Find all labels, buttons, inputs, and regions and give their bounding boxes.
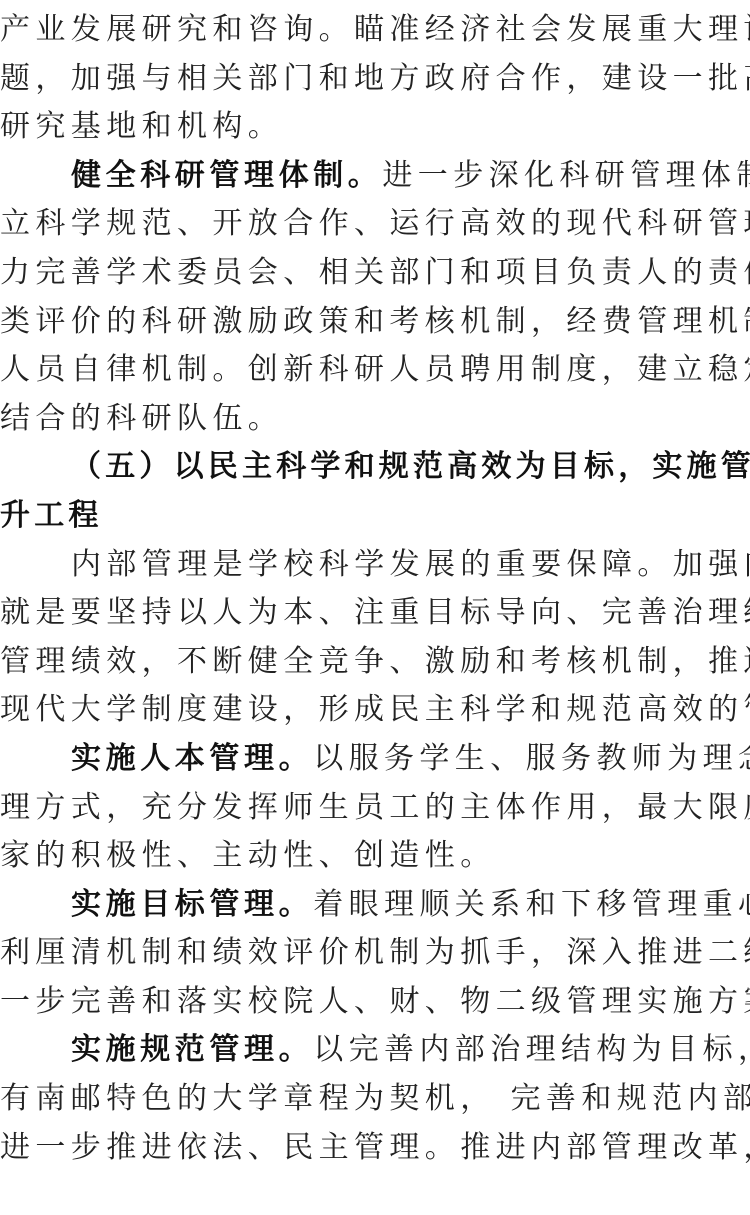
text-line: 立科学规范、开放合作、运行高效的现代科研管理机制。着 <box>0 200 750 249</box>
section-heading: （五）以民主科学和规范高效为目标，实施管理效益跃 升工程 <box>0 443 750 540</box>
document-page: 产业发展研究和咨询。瞄准经济社会发展重大理论和现实问 题，加强与相关部门和地方政… <box>0 6 750 1172</box>
paragraph-research-management: 健全科研管理体制。进一步深化科研管理体制改革，建 立科学规范、开放合作、运行高效… <box>0 152 750 444</box>
paragraph-lead-title: 实施人本管理。 <box>71 741 313 776</box>
text-line: 家的积极性、主动性、创造性。 <box>0 832 750 881</box>
text-line: 现代大学制度建设，形成民主科学和规范高效的管理机制。 <box>0 686 750 735</box>
text-line: 人员自律机制。创新科研人员聘用制度，建立稳定与流动相 <box>0 346 750 395</box>
text-line: 产业发展研究和咨询。瞄准经济社会发展重大理论和现实问 <box>0 6 750 55</box>
paragraph-people-oriented-management: 实施人本管理。以服务学生、服务教师为理念，改进管 理方式，充分发挥师生员工的主体… <box>0 735 750 881</box>
paragraph-lead-title: 实施规范管理。 <box>71 1032 313 1067</box>
heading-line: （五）以民主科学和规范高效为目标，实施管理效益跃 <box>0 443 750 492</box>
paragraph-lead-title: 实施目标管理。 <box>71 887 313 922</box>
paragraph-internal-management: 内部管理是学校科学发展的重要保障。加强内部管理， 就是要坚持以人为本、注重目标导… <box>0 541 750 735</box>
text-line: 进一步推进依法、民主管理。推进内部管理改革，选择部分 <box>0 1124 750 1173</box>
text-line: 健全科研管理体制。进一步深化科研管理体制改革，建 <box>0 152 750 201</box>
text-line: 结合的科研队伍。 <box>0 395 750 444</box>
text-line: 管理绩效，不断健全竞争、激励和考核机制，推进中国特色 <box>0 638 750 687</box>
paragraph-consulting-research: 产业发展研究和咨询。瞄准经济社会发展重大理论和现实问 题，加强与相关部门和地方政… <box>0 6 750 152</box>
text-line: 就是要坚持以人为本、注重目标导向、完善治理结构、提升 <box>0 589 750 638</box>
paragraph-objective-management: 实施目标管理。着眼理顺关系和下移管理重心，以责权 利厘清机制和绩效评价机制为抓手… <box>0 881 750 1027</box>
paragraph-lead-title: 健全科研管理体制。 <box>71 158 382 193</box>
paragraph-lead-rest: 以完善内部治理结构为目标，以制定具 <box>313 1032 750 1067</box>
paragraph-lead-rest: 着眼理顺关系和下移管理重心，以责权 <box>313 887 750 922</box>
text-line: 实施人本管理。以服务学生、服务教师为理念，改进管 <box>0 735 750 784</box>
text-line: 实施规范管理。以完善内部治理结构为目标，以制定具 <box>0 1026 750 1075</box>
paragraph-standardized-management: 实施规范管理。以完善内部治理结构为目标，以制定具 有南邮特色的大学章程为契机， … <box>0 1026 750 1172</box>
heading-line: 升工程 <box>0 492 750 541</box>
text-line: 理方式，充分发挥师生员工的主体作用，最大限度地激发大 <box>0 784 750 833</box>
text-line: 内部管理是学校科学发展的重要保障。加强内部管理， <box>0 541 750 590</box>
text-line: 实施目标管理。着眼理顺关系和下移管理重心，以责权 <box>0 881 750 930</box>
text-line: 题，加强与相关部门和地方政府合作，建设一批高水平咨询 <box>0 55 750 104</box>
text-line: 力完善学术委员会、相关部门和项目负责人的责任机制，分 <box>0 249 750 298</box>
paragraph-lead-rest: 进一步深化科研管理体制改革，建 <box>382 158 750 193</box>
text-line: 研究基地和机构。 <box>0 103 750 152</box>
text-line: 类评价的科研激励政策和考核机制，经费管理机制以及科研 <box>0 298 750 347</box>
text-line: 利厘清机制和绩效评价机制为抓手，深入推进二级管理，进 <box>0 929 750 978</box>
text-line: 有南邮特色的大学章程为契机， 完善和规范内部管理制度， <box>0 1075 750 1124</box>
text-line: 一步完善和落实校院人、财、物二级管理实施方案。 <box>0 978 750 1027</box>
paragraph-lead-rest: 以服务学生、服务教师为理念，改进管 <box>313 741 750 776</box>
